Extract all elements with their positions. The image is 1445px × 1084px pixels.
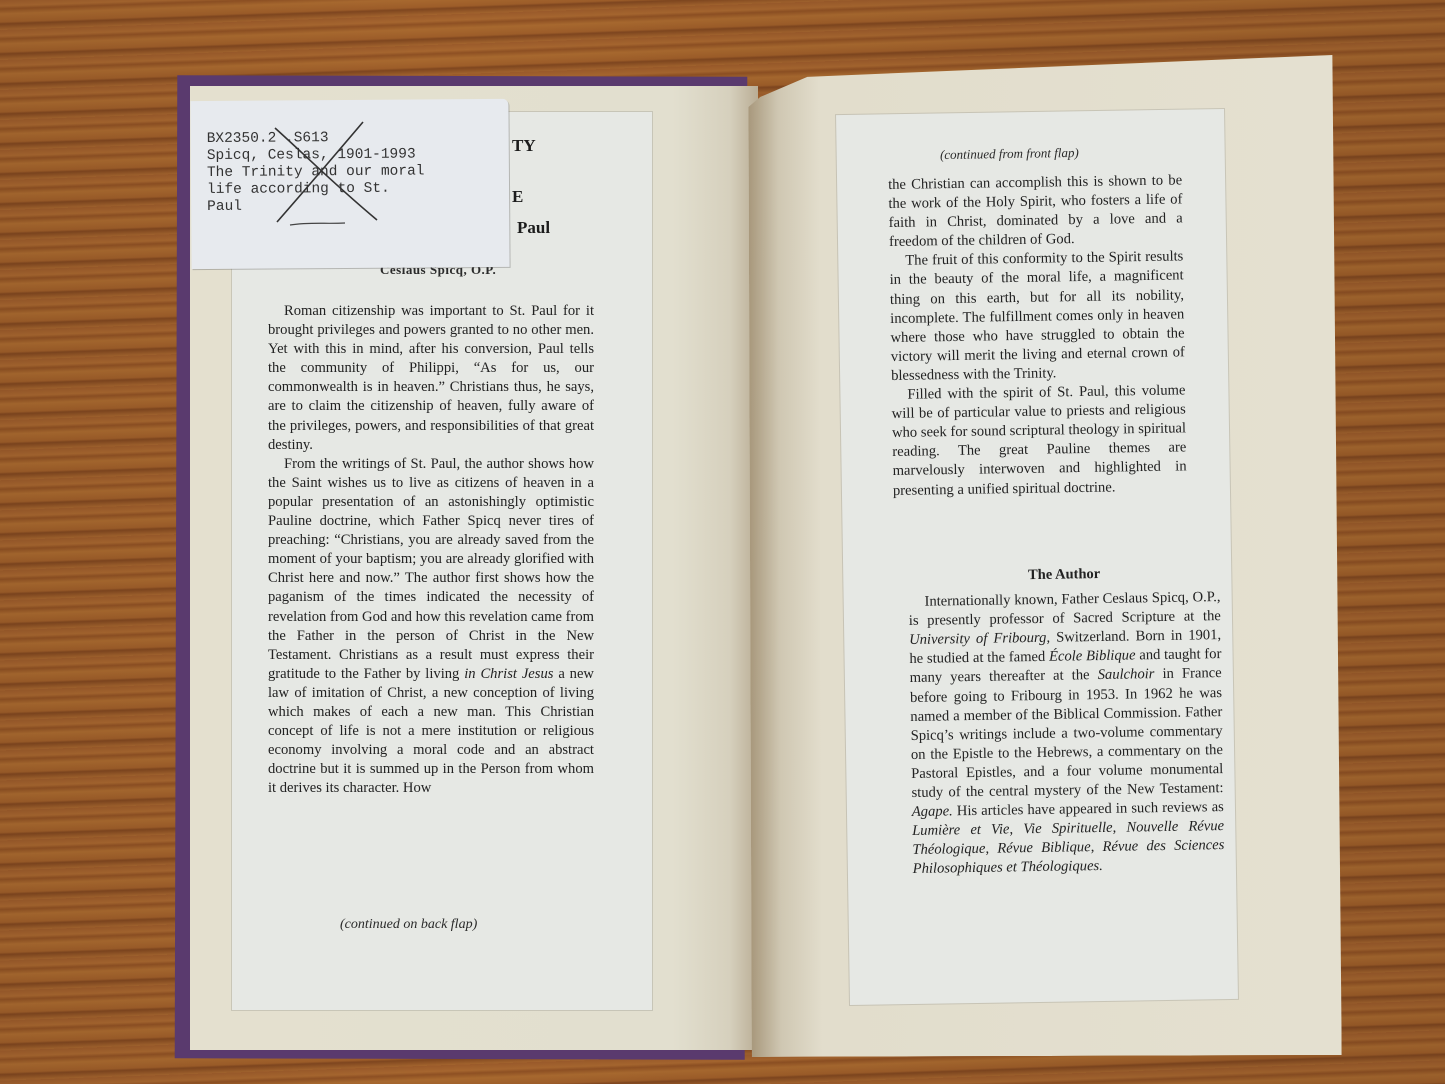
title-fragment-1: TY: [512, 136, 536, 156]
back-flap-body: the Christian can accomplish this is sho…: [888, 171, 1187, 500]
front-flap-body: Roman citizenship was important to St. P…: [268, 302, 594, 798]
author-bio: Internationally known, Father Ceslaus Sp…: [908, 588, 1224, 879]
library-call-number-label: BX2350.2 .S613Spicq, Ceslas, 1901-1993Th…: [190, 99, 509, 269]
continued-from-front-note: (continued from front flap): [940, 145, 1079, 163]
paragraph: Filled with the spirit of St. Paul, this…: [891, 381, 1187, 500]
about-the-author: The Author Internationally known, Father…: [908, 563, 1225, 879]
title-fragment-2: E: [512, 187, 523, 207]
paragraph: the Christian can accomplish this is sho…: [888, 171, 1183, 252]
paragraph: The fruit of this conformity to the Spir…: [889, 248, 1185, 386]
continued-on-back-note: (continued on back flap): [340, 917, 477, 933]
label-text: BX2350.2 .S613Spicq, Ceslas, 1901-1993Th…: [207, 129, 425, 216]
paragraph: Roman citizenship was important to St. P…: [268, 302, 594, 455]
paragraph: From the writings of St. Paul, the autho…: [268, 455, 594, 799]
author-heading: The Author: [908, 563, 1220, 587]
title-fragment-3: Paul: [517, 218, 550, 238]
